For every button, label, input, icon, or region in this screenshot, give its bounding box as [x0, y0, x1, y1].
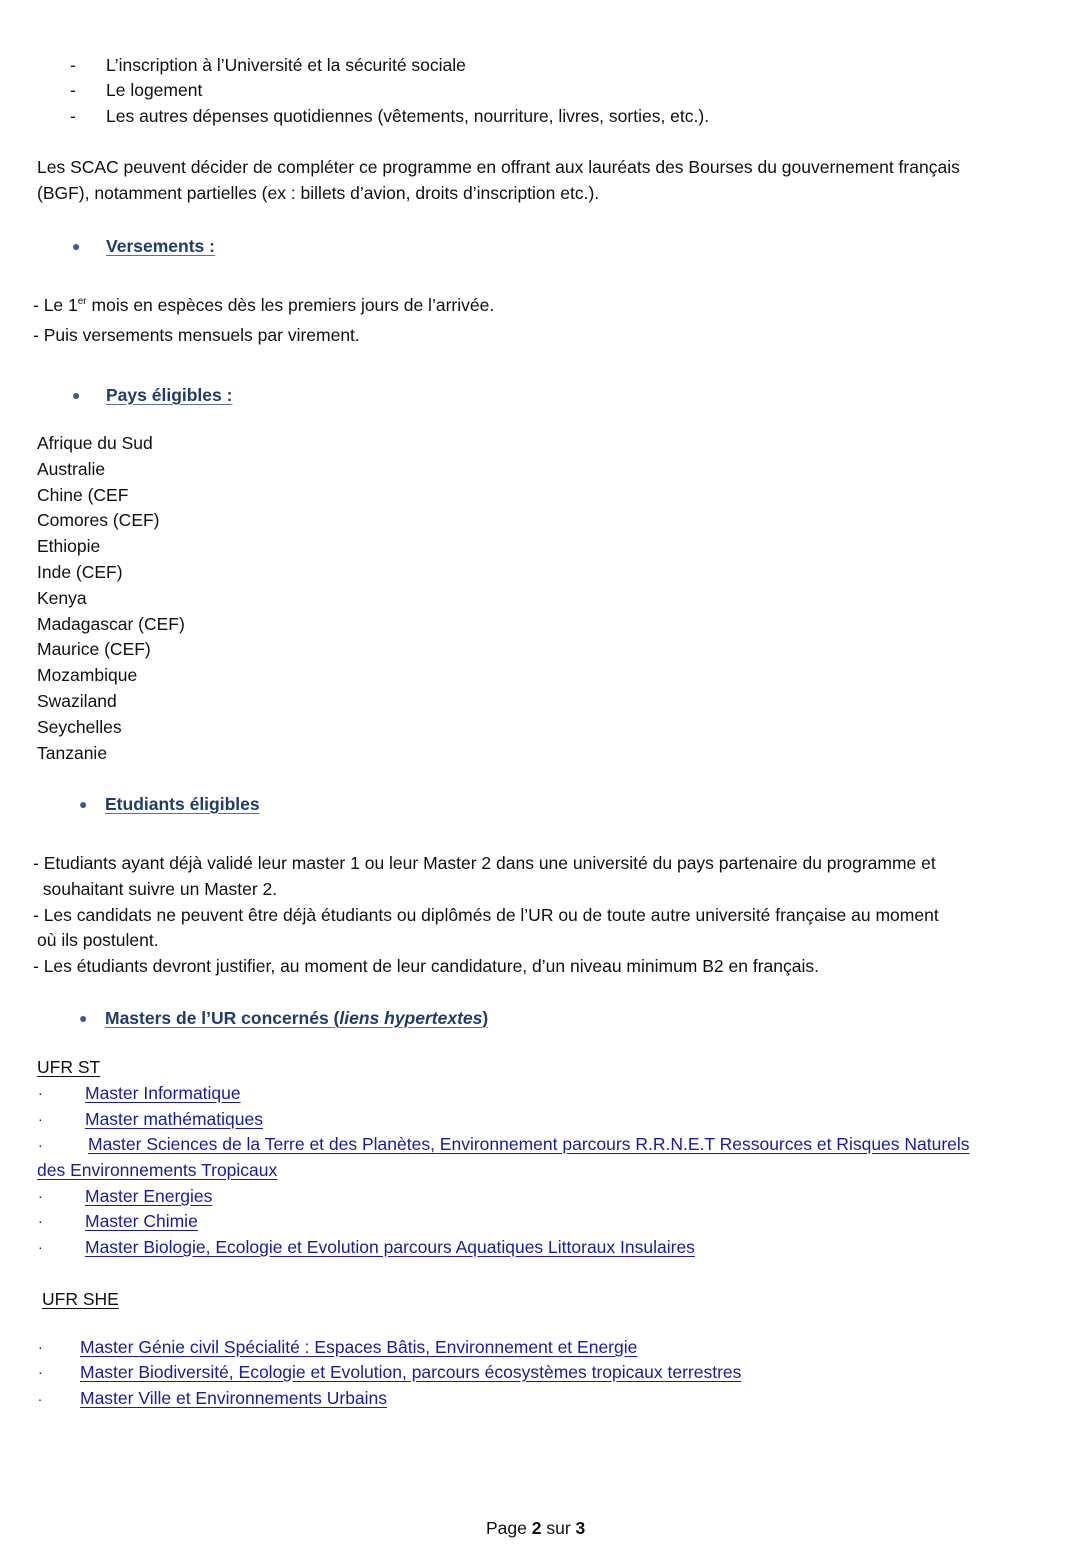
dot-bullet: ·	[38, 1085, 43, 1101]
country-item: Afrique du Sud	[37, 433, 153, 454]
dash: -	[70, 106, 76, 127]
country-item: Mozambique	[37, 665, 137, 686]
link-master-ville[interactable]: Master Ville et Environnements Urbains	[80, 1388, 387, 1409]
scac-paragraph-line: (BGF), notamment partielles (ex : billet…	[37, 183, 599, 204]
dot-bullet: .	[38, 1388, 42, 1404]
ufr-she-title: UFR SHE	[42, 1289, 119, 1310]
country-item: Comores (CEF)	[37, 510, 160, 531]
eligibility-line: souhaitant suivre un Master 2.	[33, 879, 277, 900]
link-master-chimie[interactable]: Master Chimie	[85, 1211, 198, 1232]
country-item: Maurice (CEF)	[37, 639, 151, 660]
section-heading-versements: Versements :	[106, 236, 215, 257]
section-heading-etudiants: Etudiants éligibles	[105, 794, 260, 815]
link-master-biologie[interactable]: Master Biologie, Ecologie et Evolution p…	[85, 1237, 695, 1258]
section-heading-masters: Masters de l’UR concernés (liens hyperte…	[105, 1008, 488, 1029]
link-master-biodiversite[interactable]: Master Biodiversité, Ecologie et Evoluti…	[80, 1362, 741, 1383]
bullet-icon: ●	[72, 238, 80, 254]
list-item: Les autres dépenses quotidiennes (vêteme…	[106, 106, 709, 127]
country-item: Tanzanie	[37, 743, 107, 764]
list-item: L’inscription à l’Université et la sécur…	[106, 55, 466, 76]
dot-bullet: ·	[38, 1137, 43, 1153]
country-item: Chine (CEF	[37, 485, 128, 506]
dot-bullet: ·	[38, 1364, 43, 1380]
dot-bullet: ·	[38, 1339, 43, 1355]
dot-bullet: ·	[38, 1239, 43, 1255]
scac-paragraph-line: Les SCAC peuvent décider de compléter ce…	[37, 157, 960, 178]
country-item: Swaziland	[37, 691, 117, 712]
link-master-sciences-terre-cont[interactable]: des Environnements Tropicaux	[37, 1160, 277, 1181]
country-item: Kenya	[37, 588, 87, 609]
country-item: Ethiopie	[37, 536, 100, 557]
eligibility-line: - Etudiants ayant déjà validé leur maste…	[33, 853, 936, 874]
country-item: Australie	[37, 459, 105, 480]
link-master-genie-civil[interactable]: Master Génie civil Spécialité : Espaces …	[80, 1337, 637, 1358]
dash: -	[70, 80, 76, 101]
link-master-mathematiques[interactable]: Master mathématiques	[85, 1109, 263, 1130]
dot-bullet: ·	[38, 1111, 43, 1127]
versement-item: - Puis versements mensuels par virement.	[33, 325, 360, 346]
eligibility-line: - Les candidats ne peuvent être déjà étu…	[33, 905, 939, 926]
eligibility-line: - Les étudiants devront justifier, au mo…	[33, 956, 819, 977]
section-heading-pays: Pays éligibles :	[106, 385, 232, 406]
bullet-icon: ●	[72, 387, 80, 403]
dot-bullet: ·	[38, 1213, 43, 1229]
country-item: Inde (CEF)	[37, 562, 123, 583]
country-item: Seychelles	[37, 717, 122, 738]
link-master-sciences-terre[interactable]: Master Sciences de la Terre et des Planè…	[88, 1134, 970, 1155]
country-item: Madagascar (CEF)	[37, 614, 185, 635]
page-number: Page 2 sur 3	[486, 1518, 585, 1539]
dash: -	[70, 55, 76, 76]
bullet-icon: ●	[79, 1010, 87, 1026]
bullet-icon: ●	[79, 796, 87, 812]
list-item: Le logement	[106, 80, 202, 101]
ufr-st-title: UFR ST	[37, 1057, 100, 1078]
versement-item: - Le 1er mois en espèces dès les premier…	[33, 295, 494, 316]
link-master-energies[interactable]: Master Energies	[85, 1186, 212, 1207]
eligibility-line: où ils postulent.	[37, 930, 159, 951]
dot-bullet: ·	[38, 1188, 43, 1204]
link-master-informatique[interactable]: Master Informatique	[85, 1083, 241, 1104]
